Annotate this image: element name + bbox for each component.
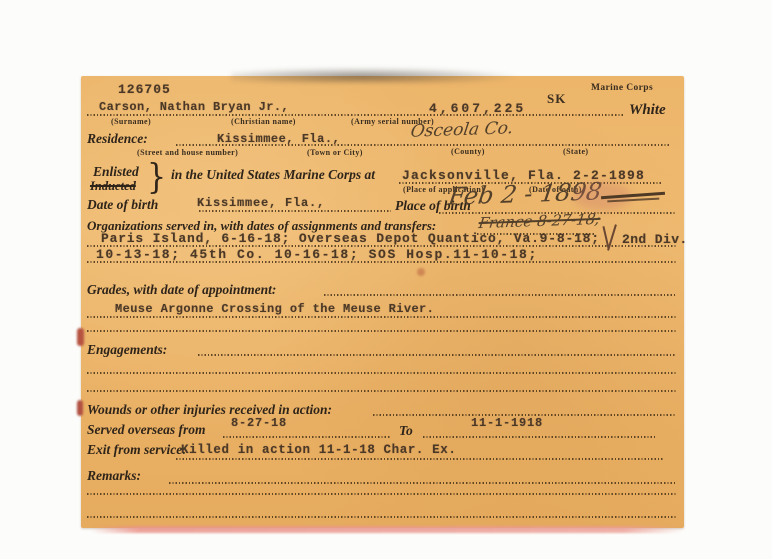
dotted-line	[176, 458, 664, 460]
exit-label: Exit from service:	[87, 442, 187, 458]
race-value: White	[629, 102, 666, 119]
birth-date-value: Kissimmee, Fla.,	[197, 196, 325, 210]
christian-name-label: (Christian name)	[231, 117, 296, 126]
enlisted-word: Enlisted	[93, 164, 139, 180]
dotted-line	[87, 390, 676, 392]
dotted-line	[423, 436, 655, 438]
grades-label: Grades, with date of appointment:	[87, 282, 276, 298]
dotted-line	[87, 114, 625, 116]
overseas-label: Served overseas from	[87, 422, 205, 438]
engagements-label: Engagements:	[87, 342, 167, 358]
top-edge-smudge	[231, 67, 521, 83]
remarks-label: Remarks:	[87, 468, 141, 484]
handwritten-caret-mark	[603, 223, 619, 251]
branch-label: Marine Corps	[591, 83, 653, 93]
dotted-line	[87, 330, 676, 332]
enlistment-text: in the United States Marine Corps at	[171, 167, 375, 183]
dotted-line	[87, 372, 676, 374]
left-edge-stain	[77, 328, 84, 346]
left-edge-stain	[77, 400, 83, 416]
county-label: (County)	[451, 147, 485, 156]
birth-date-label: Date of birth	[87, 197, 158, 213]
dotted-line	[199, 210, 391, 212]
organizations-line-2: 10-13-18; 45th Co. 10-16-18; SOS Hosp.11…	[96, 247, 538, 262]
dotted-line	[169, 482, 676, 484]
overseas-to-label: To	[399, 423, 413, 439]
overseas-from-value: 8-27-18	[231, 416, 287, 430]
organizations-handwritten: France 8-27-18;	[477, 210, 601, 232]
bottom-edge-pink-shadow	[91, 526, 683, 533]
overseas-to-value: 11-1-1918	[471, 416, 543, 430]
scan-page: { "card": { "background": "#ecb56a", "in…	[0, 0, 772, 559]
clerk-stamp: SK	[547, 91, 566, 107]
small-stain	[417, 268, 425, 276]
town-label: (Town or City)	[307, 148, 363, 157]
soldier-name: Carson, Nathan Bryan Jr.,	[99, 100, 289, 114]
brace-glyph: }	[147, 157, 166, 197]
wounds-label: Wounds or other injuries received in act…	[87, 402, 332, 418]
residence-label: Residence:	[87, 131, 148, 147]
grades-entry: Meuse Argonne Crossing of the Meuse Rive…	[115, 302, 434, 316]
dotted-line	[87, 516, 676, 518]
serial-number: 4,607,225	[429, 101, 526, 116]
record-card: 126705 Marine Corps SK White Carson, Nat…	[81, 76, 684, 528]
organizations-line-1-tail: 2nd Div.	[622, 232, 688, 247]
state-label: (State)	[563, 147, 588, 156]
street-label: (Street and house number)	[137, 148, 238, 157]
dotted-line	[87, 493, 676, 495]
dotted-line	[87, 316, 676, 318]
surname-label: (Surname)	[111, 117, 151, 126]
organizations-line-1: Paris Island, 6-16-18; Overseas Depot Qu…	[101, 231, 600, 246]
dotted-line	[223, 436, 391, 438]
inducted-word: Inducted	[90, 179, 136, 194]
exit-value: Killed in action 11-1-18 Char. Ex.	[181, 443, 456, 457]
dotted-line	[324, 294, 676, 296]
residence-county-handwritten: Osceola Co.	[409, 118, 514, 142]
service-number: 126705	[118, 82, 171, 97]
dotted-line	[198, 354, 676, 356]
residence-town: Kissimmee, Fla.,	[217, 132, 340, 146]
